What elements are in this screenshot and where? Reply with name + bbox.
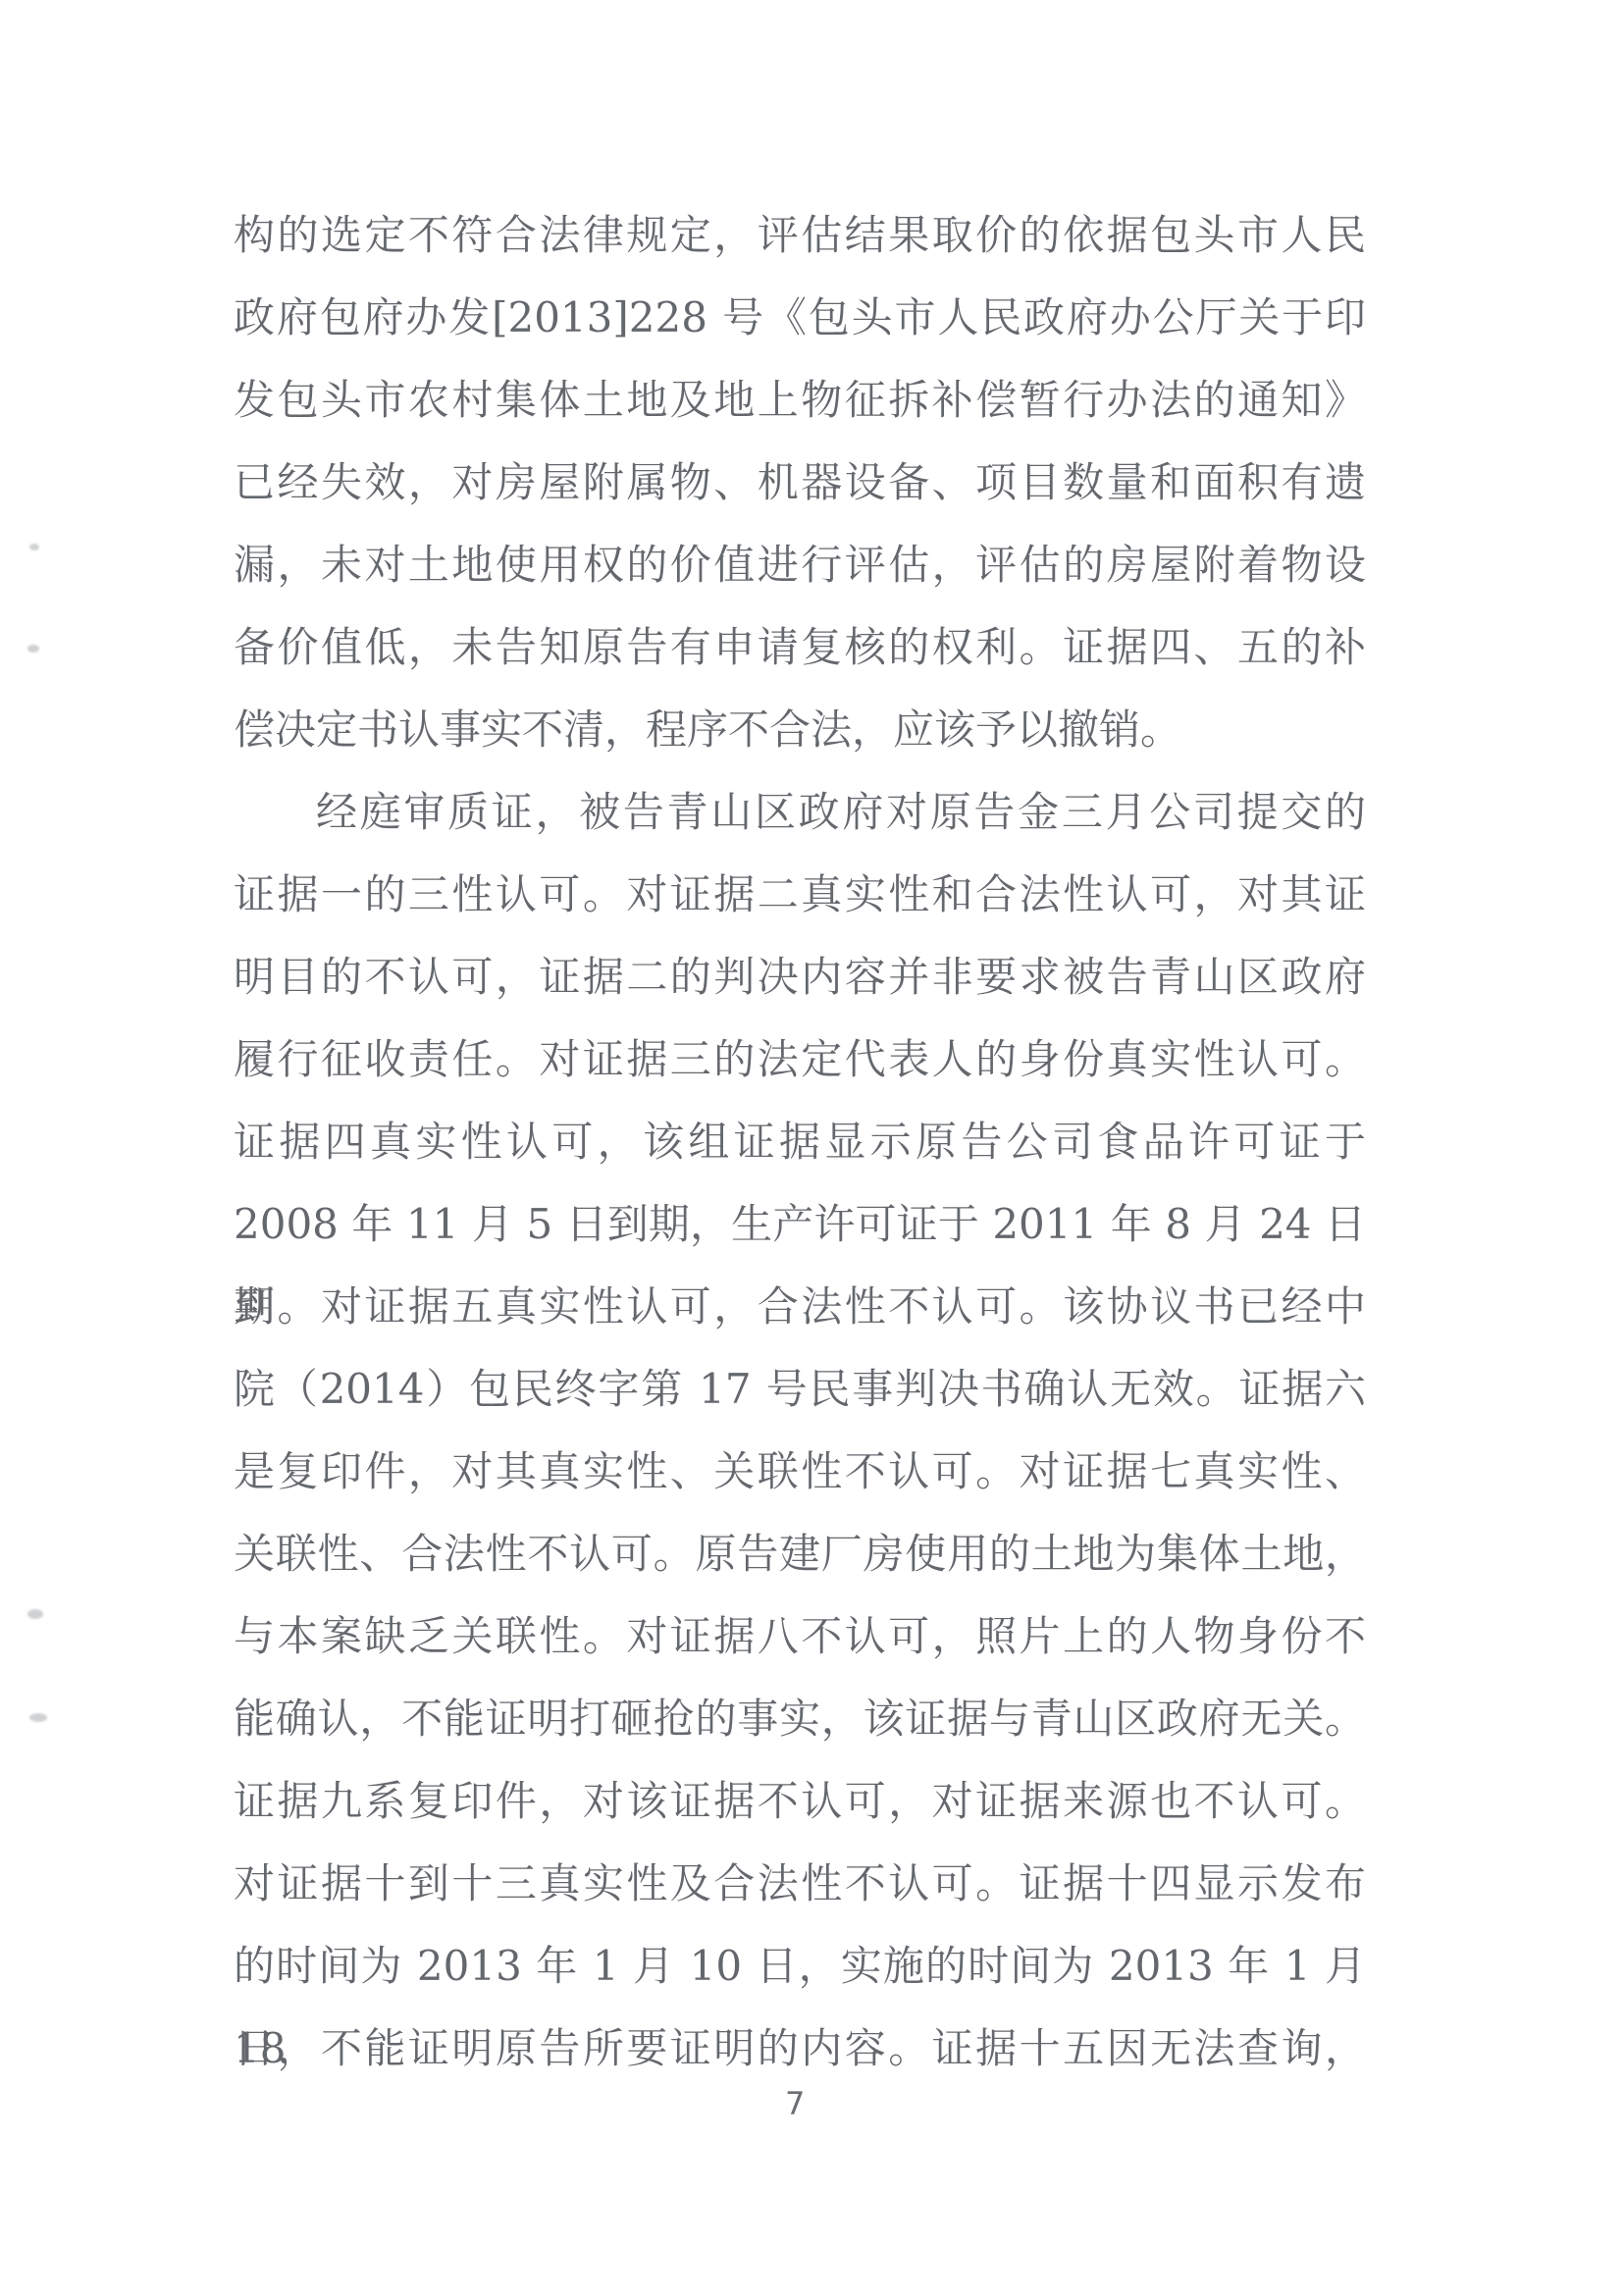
- text-line: 2008 年 11 月 5 日到期，生产许可证于 2011 年 8 月 24 日…: [234, 1183, 1366, 1266]
- page-number: 7: [785, 2086, 805, 2121]
- scan-speck: [27, 645, 39, 652]
- text-line: 是复印件，对其真实性、关联性不认可。对证据七真实性、: [234, 1431, 1366, 1513]
- text-line: 偿决定书认事实不清，程序不合法，应该予以撤销。: [234, 689, 1366, 771]
- scan-speck: [29, 1713, 47, 1722]
- text-line: 与本案缺乏关联性。对证据八不认可，照片上的人物身份不: [234, 1595, 1366, 1678]
- scan-speck: [29, 544, 39, 550]
- text-line: 履行征收责任。对证据三的法定代表人的身份真实性认可。: [234, 1018, 1366, 1101]
- text-line: 明目的不认可，证据二的判决内容并非要求被告青山区政府: [234, 936, 1366, 1018]
- text-line: 政府包府办发[2013]228 号《包头市人民政府办公厅关于印: [234, 277, 1366, 359]
- text-line: 备价值低，未告知原告有申请复核的权利。证据四、五的补: [234, 606, 1366, 689]
- paragraph: 构的选定不符合法律规定，评估结果取价的依据包头市人民政府包府办发[2013]22…: [234, 194, 1366, 771]
- text-line: 对证据十到十三真实性及合法性不认可。证据十四显示发布: [234, 1843, 1366, 1925]
- text-line: 期。对证据五真实性认可，合法性不认可。该协议书已经中: [234, 1266, 1366, 1348]
- paragraph: 经庭审质证，被告青山区政府对原告金三月公司提交的证据一的三性认可。对证据二真实性…: [234, 771, 1366, 2090]
- document-body: 构的选定不符合法律规定，评估结果取价的依据包头市人民政府包府办发[2013]22…: [234, 194, 1366, 2090]
- text-line: 发包头市农村集体土地及地上物征拆补偿暂行办法的通知》: [234, 359, 1366, 442]
- text-line: 日，不能证明原告所要证明的内容。证据十五因无法查询，: [234, 2008, 1366, 2090]
- document-page: 构的选定不符合法律规定，评估结果取价的依据包头市人民政府包府办发[2013]22…: [0, 0, 1623, 2296]
- text-line: 的时间为 2013 年 1 月 10 日，实施的时间为 2013 年 1 月 1…: [234, 1925, 1366, 2008]
- text-line: 漏，未对土地使用权的价值进行评估，评估的房屋附着物设: [234, 524, 1366, 606]
- text-line: 构的选定不符合法律规定，评估结果取价的依据包头市人民: [234, 194, 1366, 277]
- text-line: 证据一的三性认可。对证据二真实性和合法性认可，对其证: [234, 854, 1366, 936]
- text-line: 院（2014）包民终字第 17 号民事判决书确认无效。证据六: [234, 1348, 1366, 1431]
- text-line: 经庭审质证，被告青山区政府对原告金三月公司提交的: [234, 771, 1366, 854]
- text-line: 关联性、合法性不认可。原告建厂房使用的土地为集体土地，: [234, 1513, 1366, 1595]
- scan-speck: [27, 1609, 43, 1619]
- text-line: 证据四真实性认可，该组证据显示原告公司食品许可证于: [234, 1101, 1366, 1183]
- text-line: 能确认，不能证明打砸抢的事实，该证据与青山区政府无关。: [234, 1678, 1366, 1760]
- text-line: 证据九系复印件，对该证据不认可，对证据来源也不认可。: [234, 1760, 1366, 1843]
- text-line: 已经失效，对房屋附属物、机器设备、项目数量和面积有遗: [234, 442, 1366, 524]
